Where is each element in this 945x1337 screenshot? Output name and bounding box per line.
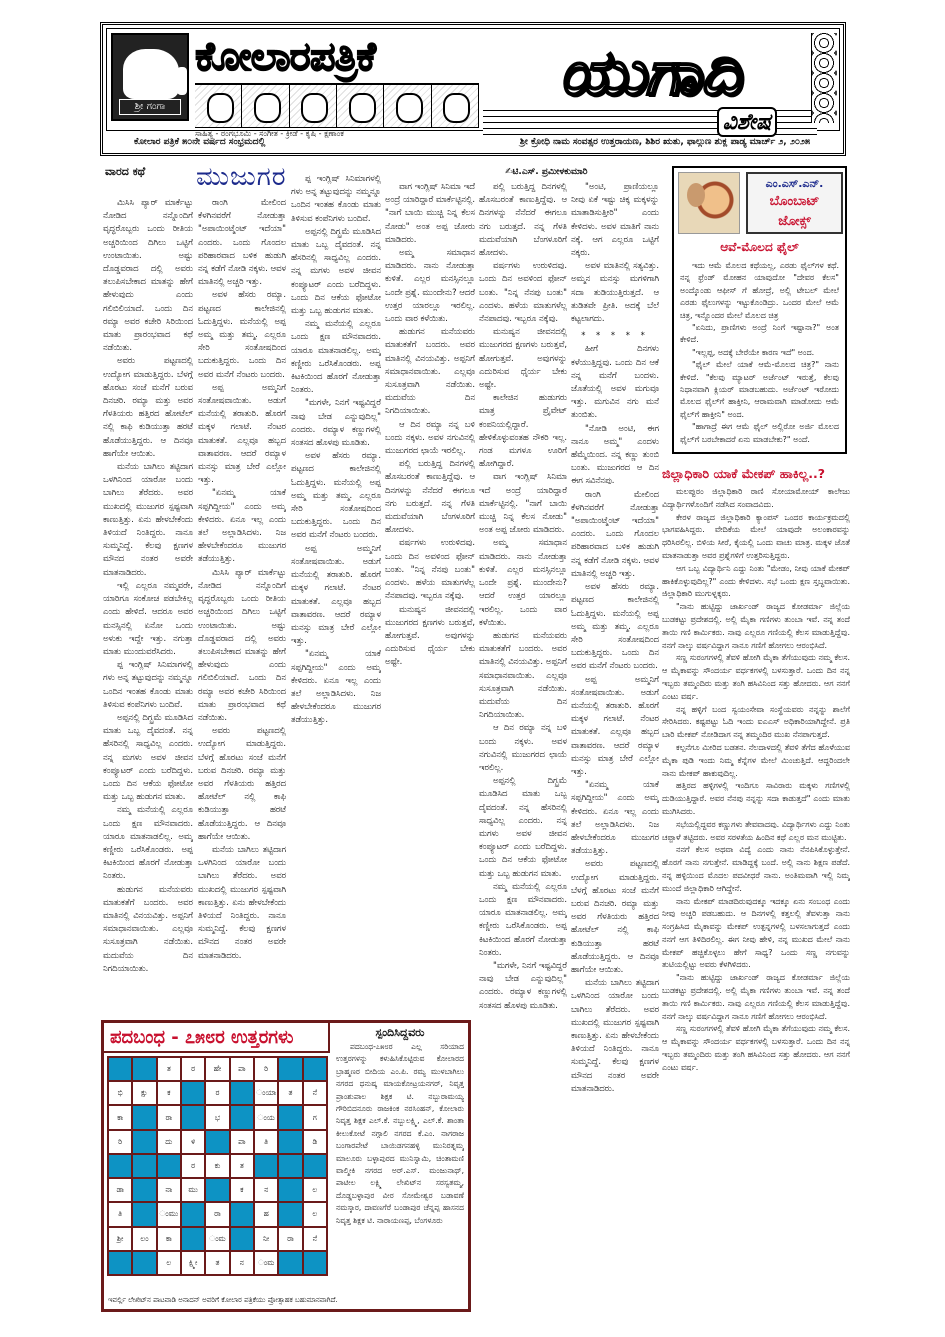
paragraph: ಅವಳ ಹೆಸರು ರಮ್ಯಾ. ಪಟ್ಟಣದ ಕಾಲೇಜಿನಲ್ಲಿ ಓದುತ… xyxy=(198,288,286,380)
crossword-cell: ಹ xyxy=(254,1202,278,1226)
paragraph: ರಾಂಗಿ ಮೇಲಿಂದ ಕೆಳಗಿನವರೆಗೆ ನೋಡುತ್ತಾ "ಅಪಾಯಿ… xyxy=(571,488,659,580)
crossword-cell: ರ xyxy=(205,1081,229,1105)
paragraph: ಕಾಲೇಜಿನ ಹುಡುಗರು ಮಾತ್ರ ಪ್ರೈವೇಟ್ ಕಂಪನಿಯಲ್ಲ… xyxy=(479,391,567,470)
crossword-cell: ಂಯಾ xyxy=(254,1081,278,1105)
crossword-cell: ತ xyxy=(230,1154,254,1178)
crossword-block xyxy=(278,1251,302,1275)
crossword-cell: ಹೇ xyxy=(205,1057,229,1081)
solvers-title: ಸ್ಪಂದಿಸಿದ್ದವರು xyxy=(336,1025,464,1041)
crossword-block xyxy=(181,1227,205,1251)
crossword-block xyxy=(108,1154,132,1178)
music-instrument-icon xyxy=(290,85,337,127)
paragraph: "ನೋಡಿ ಅಂಟಿ, ಈಗ ನಾನೂ ಅಮ್ಮ" ಎಂದಳು ಹೆಮ್ಮೆಯಿ… xyxy=(571,422,659,488)
crossword-answers-box: ಪದಬಂಧ - ೭೫೮ರ ಉತ್ತರಗಳು ತರಹೇಪಾರಿಭಿಕ್ಷುಕರಂಯ… xyxy=(101,1020,471,1312)
paragraph: "ಏನಮ್ಮ ಯಾಕೆ ಸಪ್ಪಗಿದ್ದೀಯ" ಎಂದು ಅಮ್ಮ ಕೇಳಿದ… xyxy=(291,647,381,726)
paragraph: ಅವಳ ಮಾತಿನಲ್ಲಿ ಸತ್ಯವಿತ್ತು. ಅಮ್ಮನ ಮನಸ್ಸು ಮ… xyxy=(571,259,659,325)
crossword-cell: ದು xyxy=(157,1130,181,1154)
crossword-cell: ತ xyxy=(278,1081,302,1105)
crossword-block xyxy=(132,1178,156,1202)
crossword-block xyxy=(205,1130,229,1154)
crossword-cell: ಲ xyxy=(157,1251,181,1275)
masthead: ಶ್ರೀ ಗಂಗಾ ಕೋಲಾರಪತ್ರಿಕೆ ಸಾಹಿತ್ಯ - ರಂಗಭೂಮಿ… xyxy=(100,22,846,156)
paragraph: ಅಪ್ಪನಲ್ಲಿ ದಿಗ್ಭ್ರಮೆ ಮೂಡಿಸಿದ ಮಾತು ಒಬ್ಬ ದೈ… xyxy=(103,711,193,803)
crossword-block xyxy=(230,1202,254,1226)
paragraph: ಪ್ಪ ಇಂಗ್ಲಿಷ್ ಸಿನಿಮಾಗಳಲ್ಲಿ ಗಳು ಅನ್ನ ತಟ್ಟು… xyxy=(291,172,381,225)
crossword-block xyxy=(278,1178,302,1202)
crossword-cell: ನೀ xyxy=(254,1227,278,1251)
crossword-cell: ರಿ xyxy=(108,1130,132,1154)
logo-label: ಶ್ರೀ ಗಂಗಾ xyxy=(119,99,181,115)
joke-subheading: ಆವೆ-ಮೊಲದ ಫೈಲ್ xyxy=(674,240,845,255)
paragraph: ಇದು ಆಮೆ ಮೊಲದ ಕಥೆಯಲ್ಲ, ಎರಡು ಫೈಲ್‌ಗಳ ಕಥೆ. … xyxy=(680,260,839,322)
crossword-cell: ಕು xyxy=(205,1154,229,1178)
story-byline: ✍ಟಿ.ಎಸ್. ಪ್ರಮೀಳಕುಮಾರಿ xyxy=(505,167,588,177)
paragraph: ಅಪ್ಪನಲ್ಲಿ ದಿಗ್ಭ್ರಮೆ ಮೂಡಿಸಿದ ಮಾತು ಒಬ್ಬ ದೈ… xyxy=(291,225,381,317)
paragraph: ಪಲ್ಲಿ ಬರುತ್ತಿದ್ದ ದಿನಗಳಲ್ಲಿ ಹೊಸಬರಂತೆ ಕಾಣು… xyxy=(385,457,475,536)
paragraph: ನಮ್ಮ ಮನೆಯಲ್ಲಿ ಎಲ್ಲರೂ ಒಂದು ಕ್ಷಣ ಮೌನವಾದರು.… xyxy=(479,880,567,959)
elephant-logo-icon: ಶ್ರೀ ಗಂಗಾ xyxy=(111,33,189,121)
paragraph: ಹತ್ತಿರದ ಹಳ್ಳಿಗಳಲ್ಲಿ ಇಂದಿಗೂ ಸಾವಿರಾರು ಮಕ್ಕ… xyxy=(662,780,850,818)
paragraph: "ಮಗಳೇ, ನಿನಗೆ ಇಷ್ಟವಿದ್ದರೆ ನಾವು ಬೇಡ ಎನ್ನುವ… xyxy=(479,959,567,1012)
crossword-cell: ಕ್ಷ್ಮೀ xyxy=(181,1251,205,1275)
story-title: ಮುಜುಗರ xyxy=(196,162,287,192)
crossword-block xyxy=(132,1130,156,1154)
crossword-cell: ಕಾ xyxy=(108,1105,132,1129)
paragraph: ನನ್ನ ಹಳ್ಳಿಗೆ ಬಂದ ಸ್ವಯಂಸೇವಾ ಸಂಸ್ಥೆಯವರು ನನ… xyxy=(662,704,850,742)
paragraph: ಅಪ್ಪ ಅಮ್ಮನಿಗೆ ಸಂತೋಷವಾಯಿತು. ಅಡುಗೆ ಮನೆಯಲ್ಲ… xyxy=(291,542,381,648)
paragraph: ಹುಡುಗನ ಮನೆಯವರು ಮಾತುಕತೆಗೆ ಬಂದರು. ಅವರ ಮಾತಿ… xyxy=(479,629,567,721)
crossword-cell: ಭ xyxy=(205,1105,229,1129)
paragraph: ಹುಡುಗನ ಮನೆಯವರು ಮಾತುಕತೆಗೆ ಬಂದರು. ಅವರ ಮಾತಿ… xyxy=(103,883,193,975)
story-column-2: ರಾಂಗಿ ಮೇಲಿಂದ ಕೆಳಗಿನವರೆಗೆ ನೋಡುತ್ತಾ "ಅಪಾಯಿ… xyxy=(198,196,286,1016)
paragraph: ಅವಳ ಹೆಸರು ರಮ್ಯಾ. ಪಟ್ಟಣದ ಕಾಲೇಜಿನಲ್ಲಿ ಓದುತ… xyxy=(291,449,381,541)
paragraph: ಆಗ ಒಬ್ಬ ವಿದ್ಯಾರ್ಥಿನಿ ಎದ್ದು ನಿಂತು "ಮೇಡಂ, … xyxy=(662,563,850,601)
crossword-block xyxy=(157,1154,181,1178)
jokes-title-line1: ಬೊಂಬಾಟ್ xyxy=(748,192,841,212)
crossword-block xyxy=(230,1105,254,1129)
paragraph: ಅಪ್ಪ ಅಮ್ಮನಿಗೆ ಸಂತೋಷವಾಯಿತು. ಅಡುಗೆ ಮನೆಯಲ್ಲ… xyxy=(571,673,659,779)
crossword-cell: ಂಮ xyxy=(254,1251,278,1275)
solvers-box: ಸ್ಪಂದಿಸಿದ್ದವರು ಪದಬಂಧ-೭೫೮ರ ಎಲ್ಲ ಸರಿಯಾದ ಉತ… xyxy=(332,1023,468,1277)
crossword-block xyxy=(132,1251,156,1275)
paragraph: ಅವರು ಪಟ್ಟಣದಲ್ಲಿ ಉದ್ಯೋಗ ಮಾಡುತ್ತಿದ್ದರು. ಬೆ… xyxy=(571,857,659,976)
paragraph: ಸಣ್ಣ ಸುರಂಗಗಳಲ್ಲಿ ತೆವಳಿ ಹೋಗಿ ಮೈಕಾ ತೆಗೆಯುವ… xyxy=(662,652,850,703)
jokes-box: ಎಂ.ಎಸ್.ಎನ್. ಬೊಂಬಾಟ್ ಜೋಕ್ಸ್ ಆವೆ-ಮೊಲದ ಫೈಲ್… xyxy=(672,166,847,454)
crossword-cell: ಕಾ xyxy=(157,1227,181,1251)
paragraph: ಸಣ್ಣ ಸುರಂಗಗಳಲ್ಲಿ ತೆವಳಿ ಹೋಗಿ ಮೈಕಾ ತೆಗೆಯುವ… xyxy=(662,1023,850,1074)
crossword-block xyxy=(278,1154,302,1178)
crossword-block xyxy=(303,1251,327,1275)
paragraph: "ಏನಮ್ಮ ಯಾಕೆ ಸಪ್ಪಗಿದ್ದೀಯ" ಎಂದು ಅಮ್ಮ ಕೇಳಿದ… xyxy=(198,486,286,565)
paragraph: ಪ್ಪ ಇಂಗ್ಲಿಷ್ ಸಿನಿಮಾಗಳಲ್ಲಿ ಗಳು ಅನ್ನ ತಟ್ಟು… xyxy=(103,658,193,711)
crossword-block xyxy=(181,1081,205,1105)
crossword-block xyxy=(132,1105,156,1129)
crossword-cell: ರಾ xyxy=(157,1105,181,1129)
story-column-3: ಪ್ಪ ಇಂಗ್ಲಿಷ್ ಸಿನಿಮಾಗಳಲ್ಲಿ ಗಳು ಅನ್ನ ತಟ್ಟು… xyxy=(291,172,381,1017)
paragraph: ಪಲ್ಲಿ ಬರುತ್ತಿದ್ದ ದಿನಗಳಲ್ಲಿ ಹೊಸಬರಂತೆ ಕಾಣು… xyxy=(479,180,567,259)
paragraph: ಅಪ್ಪನಲ್ಲಿ ದಿಗ್ಭ್ರಮೆ ಮೂಡಿಸಿದ ಮಾತು ಒಬ್ಬ ದೈ… xyxy=(479,774,567,880)
crossword-cell: ತಿ xyxy=(254,1130,278,1154)
paragraph: ವಾಗ ಇಂಗ್ಲಿಷ್ ಸಿನಿಮಾ ಇದೆ ಅಂದ್ರೆ ಯಾರಿದ್ದಾರ… xyxy=(479,470,567,536)
crossword-cell: ಪಾ xyxy=(230,1057,254,1081)
paragraph: "ನಾನು ಹುಟ್ಟಿದ್ದು ಜಾರ್ಖಂಡ್ ರಾಜ್ಯದ ಕೋಡರ್ಮಾ… xyxy=(662,972,850,1023)
crossword-cell: ರಾ xyxy=(278,1227,302,1251)
crossword-cell: ಂಯ xyxy=(254,1105,278,1129)
crossword-block xyxy=(303,1057,327,1081)
crossword-cell: ಕ xyxy=(157,1081,181,1105)
crossword-block xyxy=(108,1057,132,1081)
paragraph: ಹೀಗೆ ದಿನಗಳು ಕಳೆಯುತ್ತಿದ್ದವು. ಒಂದು ದಿನ ಆಕೆ… xyxy=(571,342,659,421)
newspaper-title: ಕೋಲಾರಪತ್ರಿಕೆ xyxy=(195,33,475,81)
paragraph: ಮನೆಯ ಬಾಗಿಲು ತಟ್ಟಿದಾಗ ಒಳಗಿನಿಂದ ಯಾರೋ ಬಂದು … xyxy=(198,843,286,962)
theatre-masks-icon xyxy=(242,85,289,127)
paragraph: ರಾಂಗಿ ಮೇಲಿಂದ ಕೆಳಗಿನವರೆಗೆ ನೋಡುತ್ತಾ "ಅಪಾಯಿ… xyxy=(198,196,286,288)
special-edition-name: ಯುಗಾದಿ xyxy=(483,33,817,111)
story-column-4: ವಾಗ ಇಂಗ್ಲಿಷ್ ಸಿನಿಮಾ ಇದೆ ಅಂದ್ರೆ ಯಾರಿದ್ದಾರ… xyxy=(385,180,475,1017)
paragraph: ಆ ದಿನ ರಮ್ಯಾ ನನ್ನ ಬಳಿ ಬಂದು ನಕ್ಕಳು. ಅವಳ ನಗ… xyxy=(479,721,567,774)
paragraph: ನಮ್ಮ ಮನೆಯಲ್ಲಿ ಎಲ್ಲರೂ ಒಂದು ಕ್ಷಣ ಮೌನವಾದರು.… xyxy=(103,803,193,882)
crossword-title: ಪದಬಂಧ - ೭೫೮ರ ಉತ್ತರಗಳು xyxy=(104,1023,330,1053)
paragraph: ಸಭೆಯಲ್ಲಿದ್ದವರ ಕಣ್ಣುಗಳು ತೇವವಾದವು. ವಿದ್ಯಾರ… xyxy=(662,819,850,845)
section-separator: * * * * * xyxy=(571,329,659,342)
solvers-list: ಪದಬಂಧ-೭೫೮ರ ಎಲ್ಲ ಸರಿಯಾದ ಉತ್ತರಗಳನ್ನು ಕಳುಹಿ… xyxy=(336,1041,464,1273)
paragraph: ಮನುಷ್ಯನ ಜೀವನದಲ್ಲಿ ಮುಜುಗರದ ಕ್ಷಣಗಳು ಬರುತ್ತ… xyxy=(479,325,567,391)
crossword-cell: ರಾ xyxy=(205,1202,229,1226)
paragraph: ಮನುಷ್ಯನ ಜೀವನದಲ್ಲಿ ಮುಜುಗರದ ಕ್ಷಣಗಳು ಬರುತ್ತ… xyxy=(385,603,475,669)
paragraph: ವರ್ಷಗಳು ಉರುಳಿದವು. ಒಂದು ದಿನ ಅವಳಿಂದ ಫೋನ್ ಬ… xyxy=(385,536,475,602)
paragraph: "ಫೈಲ್ ಮೇಲೆ ಯಾಕೆ ಆಮೆ-ಮೊಲದ ಚಿತ್ರ?" ನಾನು ಕೇ… xyxy=(680,359,839,421)
crossword-cell: ಲಂ xyxy=(132,1227,156,1251)
crossword-cell: ರಿ xyxy=(254,1057,278,1081)
crossword-cell: ನೆ xyxy=(303,1081,327,1105)
paragraph: ಇಲ್ಲಿ ಎಲ್ಲರೂ ನಮ್ಮವರೇ, ಯಾರಿಗೂ ಸಂಕೋಚ ಪಡಬೇಕ… xyxy=(103,579,193,658)
crossword-block xyxy=(132,1057,156,1081)
crossword-cell: ಂಮ xyxy=(205,1227,229,1251)
paragraph: ಕೇರಳ ರಾಜ್ಯದ ಜಿಲ್ಲಾಧಿಕಾರಿ ಕ್ಯಾಂಪಸ್ ಒಂದರ ಕ… xyxy=(662,512,850,563)
jokes-heading: ಎಂ.ಎಸ್.ಎನ್. ಬೊಂಬಾಟ್ ಜೋಕ್ಸ್ xyxy=(746,172,843,234)
paragraph: ನಾನು ಮೇಕಪ್ ಮಾಡದಿರುವುದಕ್ಕೂ ಇದಕ್ಕೂ ಏನು ಸಂಬ… xyxy=(662,896,850,973)
paragraph: ಮಿಸಿಸಿ ಪ್ಯಾರ್ ಮಾರ್ಕೆಟ್ಟು ನೋಡಿದ ನನ್ನೊಂದಿಗ… xyxy=(103,196,193,354)
story-column-5: ಪಲ್ಲಿ ಬರುತ್ತಿದ್ದ ದಿನಗಳಲ್ಲಿ ಹೊಸಬರಂತೆ ಕಾಣು… xyxy=(479,180,567,1315)
crossword-cell: ರ xyxy=(181,1057,205,1081)
crossword-grid: ತರಹೇಪಾರಿಭಿಕ್ಷುಕರಂಯಾತನೆಕಾರಾಭಂಯಗರಿದುಳಿಪಾತಿ… xyxy=(107,1056,328,1276)
agriculture-icon xyxy=(384,85,431,127)
crossword-cell: ಲ xyxy=(303,1202,327,1226)
special-edition-title: ಯುಗಾದಿ ವಿಶೇಷ xyxy=(483,33,817,137)
prize-note: ಇವರ್ಲ್ಲಿ ಲೇಖಿಟ್‌ನ ಪಾಟವಾಡಿ ಅನಾದನ್ ಅವರಿಗೆ … xyxy=(108,1295,464,1305)
paragraph: "ಹಾಗಾದ್ರೆ ಈಗ ಆಮೆ ಫೈಲ್ ಅಲ್ಲಿರೋ ಅರ್ಜಿ ಮೊಲದ… xyxy=(680,421,839,446)
book-icon xyxy=(195,85,242,127)
crossword-block xyxy=(181,1202,205,1226)
paragraph: ಅವರು ಪಟ್ಟಣದಲ್ಲಿ ಉದ್ಯೋಗ ಮಾಡುತ್ತಿದ್ದರು. ಬೆ… xyxy=(103,354,193,460)
crossword-block xyxy=(132,1154,156,1178)
paragraph: ಮಲಪ್ಪುರಂ ಜಿಲ್ಲಾಧಿಕಾರಿ ರಾಣಿ ಸೋಯಾಮೋಯ್ ಕಾಲೇ… xyxy=(662,486,850,512)
jokes-title-line2: ಜೋಕ್ಸ್ xyxy=(748,212,841,232)
paragraph: ಮನೆಯ ಬಾಗಿಲು ತಟ್ಟಿದಾಗ ಒಳಗಿನಿಂದ ಯಾರೋ ಬಂದು … xyxy=(571,976,659,1095)
paragraph: ಅಮ್ಮ ಸಮಾಧಾನ ಮಾಡಿದರು. ನಾನು ನೋಡುತ್ತಾ ಕುಳಿತ… xyxy=(385,246,475,325)
crossword-cell: ಕ್ಷು xyxy=(132,1081,156,1105)
crossword-block xyxy=(254,1154,278,1178)
crossword-cell: ಮು xyxy=(181,1178,205,1202)
story-column-6: "ಅಂಟಿ, ಪ್ರಾಣಿಯಲ್ಲೂ ನೀವು ಏಕೆ ಇಷ್ಟು ಚಿಕ್ಕ … xyxy=(571,180,659,1315)
masthead-artwork: ಶ್ರೀ ಗಂಗಾ ಕೋಲಾರಪತ್ರಿಕೆ ಸಾಹಿತ್ಯ - ರಂಗಭೂಮಿ… xyxy=(106,28,840,131)
crossword-block xyxy=(181,1105,205,1129)
crossword-cell: ನ xyxy=(230,1251,254,1275)
category-illustrations xyxy=(195,83,479,127)
caricature-photo xyxy=(678,172,740,234)
paragraph: "ನಾನು ಹುಟ್ಟಿದ್ದು ಜಾರ್ಖಂಡ್ ರಾಜ್ಯದ ಕೋಡರ್ಮಾ… xyxy=(662,601,850,652)
paragraph: ಮೊಲಕ್ಕೆ ಹುಲ್ಲು ತಿನ್ನಿಸಬೇಕು, ಅದಕ್ಕೆ ದುಡ್ಡ… xyxy=(680,446,839,448)
paragraph: ಅಪ್ಪ ಅಮ್ಮನಿಗೆ ಸಂತೋಷವಾಯಿತು. ಅಡುಗೆ ಮನೆಯಲ್ಲ… xyxy=(198,381,286,487)
paragraph: "ಏನಿದು, ಪ್ರಾಣಿಗಳು ಅಂದ್ರೆ ನಿಂಗೆ ಇಷ್ಟಾನಾ?"… xyxy=(680,322,839,347)
paragraph: "ಇಲ್ಲಪ್ಪ, ಅದಕ್ಕೆ ಬೇರೆಯೇ ಕಾರಣ ಇದೆ" ಅಂದ. xyxy=(680,347,839,359)
crossword-block xyxy=(230,1227,254,1251)
sports-racket-icon xyxy=(337,85,384,127)
paragraph: ವರ್ಷಗಳು ಉರುಳಿದವು. ಒಂದು ದಿನ ಅವಳಿಂದ ಫೋನ್ ಬ… xyxy=(479,259,567,325)
crossword-cell: ಗ xyxy=(303,1105,327,1129)
paragraph: ನಮ್ಮ ಮನೆಯಲ್ಲಿ ಎಲ್ಲರೂ ಒಂದು ಕ್ಷಣ ಮೌನವಾದರು.… xyxy=(291,317,381,396)
anniversary-text: ಕೋಲಾರ ಪತ್ರಿಕೆ ೫೦ನೇ ವರ್ಷದ ಸಂಭ್ರಮದಲ್ಲಿ xyxy=(134,137,265,147)
paragraph: "ಅಂಟಿ, ಪ್ರಾಣಿಯಲ್ಲೂ ನೀವು ಏಕೆ ಇಷ್ಟು ಚಿಕ್ಕ … xyxy=(571,180,659,259)
paragraph: ಅವರು ಪಟ್ಟಣದಲ್ಲಿ ಉದ್ಯೋಗ ಮಾಡುತ್ತಿದ್ದರು. ಬೆ… xyxy=(198,724,286,843)
paragraph: ವಾಗ ಇಂಗ್ಲಿಷ್ ಸಿನಿಮಾ ಇದೆ ಅಂದ್ರೆ ಯಾರಿದ್ದಾರ… xyxy=(385,180,475,246)
crossword-cell: ಂಮು xyxy=(157,1202,181,1226)
crossword-block xyxy=(278,1202,302,1226)
elephant-icon xyxy=(123,49,179,99)
crossword-block xyxy=(278,1057,302,1081)
crossword-cell: ಕ xyxy=(230,1178,254,1202)
paragraph: ಕಲ್ಪನೆಗೂ ಮೀರಿದ ಬಡತನ. ನೆಲದಾಳದಲ್ಲಿ ತೆವಳಿ ತ… xyxy=(662,742,850,780)
crossword-block xyxy=(132,1202,156,1226)
crossword-cell: ಡಿ xyxy=(303,1130,327,1154)
crossword-block xyxy=(278,1105,302,1129)
crossword-block xyxy=(108,1251,132,1275)
crossword-cell: ನಾ xyxy=(157,1178,181,1202)
paragraph: ಹುಡುಗನ ಮನೆಯವರು ಮಾತುಕತೆಗೆ ಬಂದರು. ಅವರ ಮಾತಿ… xyxy=(385,325,475,417)
crossword-cell: ಶ್ರೀ xyxy=(108,1227,132,1251)
crossword-cell: ಲ xyxy=(303,1178,327,1202)
section-tag: ವಾರದ ಕಥೆ xyxy=(105,165,145,179)
crossword-cell: ತ xyxy=(205,1251,229,1275)
paragraph: ಆ ದಿನ ರಮ್ಯಾ ನನ್ನ ಬಳಿ ಬಂದು ನಕ್ಕಳು. ಅವಳ ನಗ… xyxy=(385,418,475,458)
crossword-cell: ಪಾ xyxy=(230,1130,254,1154)
crossword-cell: ನ xyxy=(254,1178,278,1202)
crossword-block xyxy=(303,1154,327,1178)
ornament-border-icon xyxy=(811,33,837,123)
date-text: ಶ್ರೀ ಕ್ರೋಧಿ ನಾಮ ಸಂವತ್ಸರ ಉತ್ತರಾಯಣ, ಶಿಶಿರ … xyxy=(520,137,810,147)
paragraph: "ಮಗಳೇ, ನಿನಗೆ ಇಷ್ಟವಿದ್ದರೆ ನಾವು ಬೇಡ ಎನ್ನುವ… xyxy=(291,396,381,449)
story-column-1: ಮಿಸಿಸಿ ಪ್ಯಾರ್ ಮಾರ್ಕೆಟ್ಟು ನೋಡಿದ ನನ್ನೊಂದಿಗ… xyxy=(103,196,193,1016)
crossword-block xyxy=(230,1081,254,1105)
crossword-cell: ನೆ xyxy=(303,1227,327,1251)
stadium-icon xyxy=(432,85,479,127)
crossword-cell: ತಿ xyxy=(108,1202,132,1226)
masthead-dateline: ಕೋಲಾರ ಪತ್ರಿಕೆ ೫೦ನೇ ವರ್ಷದ ಸಂಭ್ರಮದಲ್ಲಿ ಶ್ರ… xyxy=(106,133,840,151)
crossword-cell: ಳಿ xyxy=(181,1130,205,1154)
paragraph: ನನಗೆ ಕೆಲಸ ಅಥವಾ ವಿದ್ಯೆ ಎಂದು ನಾನು ನೆನಪಿಸಿಕ… xyxy=(662,844,850,895)
crossword-block xyxy=(278,1130,302,1154)
paragraph: ಮಿಸಿಸಿ ಪ್ಯಾರ್ ಮಾರ್ಕೆಟ್ಟು ನೋಡಿದ ನನ್ನೊಂದಿಗ… xyxy=(198,566,286,724)
paragraph: ಮನೆಯ ಬಾಗಿಲು ತಟ್ಟಿದಾಗ ಒಳಗಿನಿಂದ ಯಾರೋ ಬಂದು … xyxy=(103,460,193,579)
joke-body: ಇದು ಆಮೆ ಮೊಲದ ಕಥೆಯಲ್ಲ, ಎರಡು ಫೈಲ್‌ಗಳ ಕಥೆ. … xyxy=(680,260,839,448)
crossword-block xyxy=(205,1178,229,1202)
crossword-cell: ಭಿ xyxy=(108,1081,132,1105)
paragraph: ಅವಳ ಹೆಸರು ರಮ್ಯಾ. ಪಟ್ಟಣದ ಕಾಲೇಜಿನಲ್ಲಿ ಓದುತ… xyxy=(571,580,659,672)
paragraph: "ಏನಮ್ಮ ಯಾಕೆ ಸಪ್ಪಗಿದ್ದೀಯ" ಎಂದು ಅಮ್ಮ ಕೇಳಿದ… xyxy=(571,778,659,857)
crossword-cell: ರ xyxy=(181,1154,205,1178)
article-body: ಮಲಪ್ಪುರಂ ಜಿಲ್ಲಾಧಿಕಾರಿ ರಾಣಿ ಸೋಯಾಮೋಯ್ ಕಾಲೇ… xyxy=(662,486,850,1316)
paragraph: ಅಮ್ಮ ಸಮಾಧಾನ ಮಾಡಿದರು. ನಾನು ನೋಡುತ್ತಾ ಕುಳಿತ… xyxy=(479,536,567,628)
crossword-cell: ತ xyxy=(157,1057,181,1081)
crossword-cell: ಡಾ xyxy=(108,1178,132,1202)
jokes-author: ಎಂ.ಎಸ್.ಎನ್. xyxy=(748,176,841,192)
article-headline: ಜಿಲ್ಲಾಧಿಕಾರಿ ಯಾಕೆ ಮೇಕಪ್ ಹಾಕಿಲ್ಲ..? xyxy=(662,466,852,482)
